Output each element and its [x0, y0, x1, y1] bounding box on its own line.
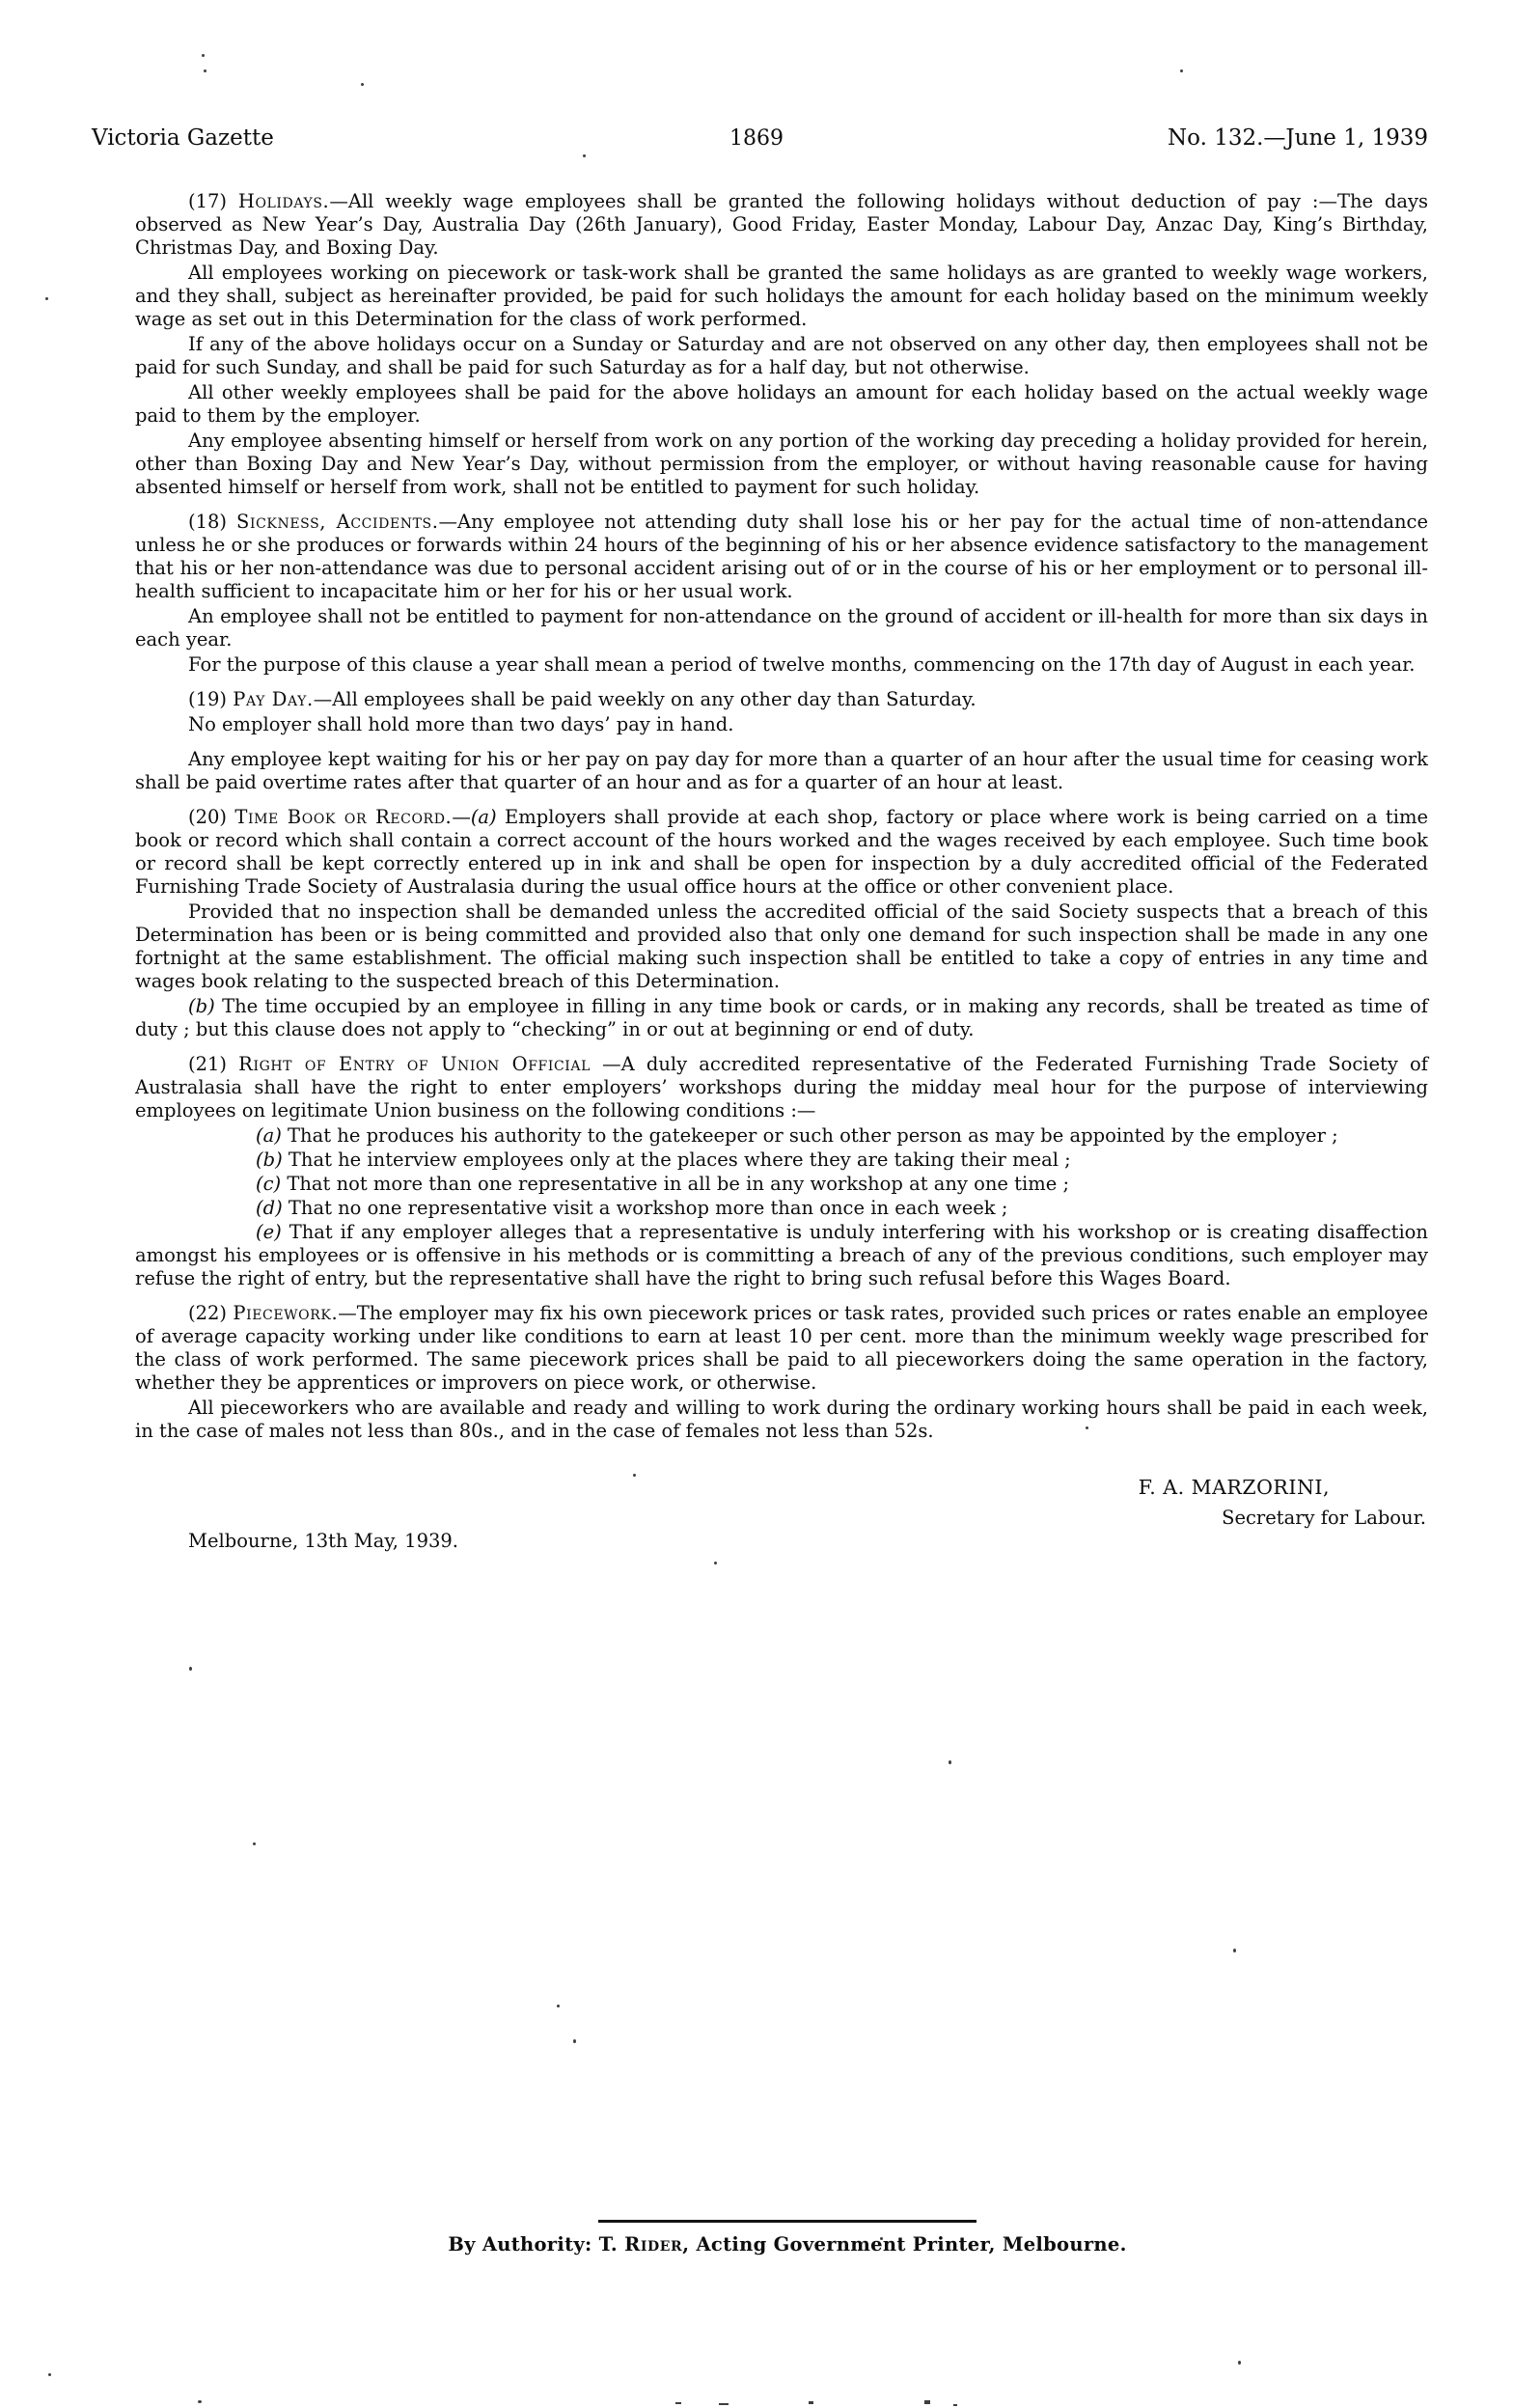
clause-19-pay-day: (19) Pay Day.—All employees shall be pai… [135, 688, 1428, 711]
scan-speck [1238, 2361, 1241, 2365]
item-text: That he interview employees only at the … [283, 1149, 1071, 1171]
clause-title: Piecework. [233, 1302, 338, 1324]
imprint-text: By Authority: T. Rider, Acting Governmen… [31, 2233, 1513, 2256]
clause-title: Sickness, Accidents. [236, 511, 439, 533]
document-body: (17) Holidays.—All weekly wage employees… [135, 179, 1428, 1555]
clause-17-holidays: (17) Holidays.—All weekly wage employees… [135, 190, 1428, 260]
clause-dash: — [452, 806, 471, 828]
imprint-inner: By Authority: T. Rider, Acting Governmen… [31, 2220, 1513, 2256]
clause-title: Holidays. [238, 190, 330, 212]
scan-speck [198, 2400, 202, 2403]
scan-speck [202, 54, 205, 57]
clause-text: —All employees shall be paid weekly on a… [314, 688, 977, 710]
item-text: That no one representative visit a works… [283, 1197, 1008, 1219]
item-marker: (a) [256, 1124, 282, 1147]
item-marker: (e) [256, 1221, 282, 1243]
clause-title: Right of Entry of Union Official [238, 1053, 591, 1075]
item-marker: (c) [256, 1173, 281, 1195]
scan-speck [949, 1760, 951, 1764]
scan-speck [880, 2237, 883, 2240]
body-paragraph: An employee shall not be entitled to pay… [135, 605, 1428, 651]
condition-e: (e) That if any employer alleges that a … [135, 1221, 1428, 1290]
clause-number: (21) [188, 1053, 238, 1075]
body-paragraph: All other weekly employees shall be paid… [135, 381, 1428, 428]
subclause-marker: (a) [471, 806, 497, 828]
item-text: That if any employer alleges that a repr… [135, 1221, 1428, 1289]
scan-speck [583, 154, 586, 157]
signature-block: F. A. MARZORINI, Secretary for Labour. [135, 1476, 1428, 1530]
scan-speck [48, 2373, 51, 2376]
paragraph-text: All pieceworkers who are available and r… [135, 1397, 1428, 1442]
scan-speck [573, 2039, 576, 2043]
page-header: Victoria Gazette 1869 No. 132.—June 1, 1… [0, 125, 1513, 158]
paragraph-text: For the purpose of this clause a year sh… [188, 653, 1415, 676]
body-paragraph: No employer shall hold more than two day… [135, 713, 1428, 736]
condition-b: (b) That he interview employees only at … [256, 1149, 1428, 1172]
clause-number: (17) [188, 190, 238, 212]
paragraph-text: Any employee absenting himself or hersel… [135, 429, 1428, 498]
journal-title: Victoria Gazette [92, 125, 274, 151]
scan-speck [189, 1667, 192, 1671]
scan-speck [714, 1562, 717, 1564]
scan-speck [1180, 69, 1183, 72]
issue-number: No. 132.—June 1, 1939 [1168, 125, 1428, 151]
clause-22-piecework: (22) Piecework.—The employer may fix his… [135, 1302, 1428, 1395]
scan-speck [45, 297, 48, 300]
body-paragraph: Any employee kept waiting for his or her… [135, 748, 1428, 794]
paragraph-text: Provided that no inspection shall be dem… [135, 900, 1428, 992]
scan-speck [253, 1842, 256, 1845]
paragraph-text: All other weekly employees shall be paid… [135, 381, 1428, 427]
paragraph-text: All employees working on piecework or ta… [135, 262, 1428, 330]
clause-title: Pay Day. [233, 688, 314, 710]
scan-speck [675, 2402, 681, 2404]
clause-title: Time Book or Record. [234, 806, 452, 828]
scan-speck [204, 69, 206, 72]
subclause-b-paragraph: (b) The time occupied by an employee in … [135, 995, 1428, 1041]
clause-number: (19) [188, 688, 233, 710]
condition-c: (c) That not more than one representativ… [256, 1173, 1428, 1196]
page-number: 1869 [729, 126, 784, 151]
paragraph-text: The time occupied by an employee in fill… [135, 995, 1428, 1040]
clause-text: —All weekly wage employees shall be gran… [135, 190, 1428, 259]
imprint-footer: By Authority: T. Rider, Acting Governmen… [0, 2220, 1513, 2256]
item-marker: (d) [256, 1197, 283, 1219]
condition-d: (d) That no one representative visit a w… [256, 1197, 1428, 1220]
clause-21-right-of-entry: (21) Right of Entry of Union Official —A… [135, 1053, 1428, 1122]
imprint-post: , Acting Government Printer, Melbourne. [682, 2233, 1126, 2256]
scan-speck [1086, 1426, 1088, 1429]
clause-18-sickness-accidents: (18) Sickness, Accidents.—Any employee n… [135, 511, 1428, 603]
item-text: That not more than one representative in… [281, 1173, 1069, 1195]
paragraph-text: No employer shall hold more than two day… [188, 713, 733, 735]
item-marker: (b) [256, 1149, 283, 1171]
condition-a: (a) That he produces his authority to th… [256, 1124, 1428, 1148]
scan-speck [809, 2401, 813, 2404]
paragraph-text: Any employee kept waiting for his or her… [135, 748, 1428, 793]
imprint-pre: By Authority: T. [448, 2233, 624, 2256]
clause-number: (18) [188, 511, 236, 533]
body-paragraph: Any employee absenting himself or hersel… [135, 429, 1428, 499]
clause-number: (22) [188, 1302, 233, 1324]
scan-speck [953, 2404, 957, 2406]
body-paragraph: If any of the above holidays occur on a … [135, 333, 1428, 379]
signatory-title: Secretary for Labour. [135, 1507, 1428, 1530]
clause-20-time-book: (20) Time Book or Record.—(a) Employers … [135, 806, 1428, 899]
item-text: That he produces his authority to the ga… [282, 1124, 1338, 1147]
signatory-name: F. A. MARZORINI, [135, 1476, 1428, 1499]
footer-rule [598, 2220, 977, 2223]
paragraph-text: If any of the above holidays occur on a … [135, 333, 1428, 378]
body-paragraph: All pieceworkers who are available and r… [135, 1397, 1428, 1443]
scan-speck [557, 2005, 560, 2007]
scan-speck [924, 2400, 930, 2404]
scan-speck [719, 2403, 729, 2405]
dateline: Melbourne, 13th May, 1939. [135, 1530, 1428, 1553]
body-paragraph: Provided that no inspection shall be dem… [135, 900, 1428, 993]
scan-speck [361, 83, 364, 86]
scan-speck [633, 1474, 636, 1477]
body-paragraph: All employees working on piecework or ta… [135, 262, 1428, 331]
body-paragraph: For the purpose of this clause a year sh… [135, 653, 1428, 677]
gazette-page: Victoria Gazette 1869 No. 132.—June 1, 1… [0, 0, 1513, 2408]
scan-speck [1233, 1949, 1236, 1952]
paragraph-text: An employee shall not be entitled to pay… [135, 605, 1428, 650]
clause-number: (20) [188, 806, 234, 828]
subclause-marker: (b) [188, 995, 215, 1017]
printer-name: Rider [624, 2233, 682, 2256]
